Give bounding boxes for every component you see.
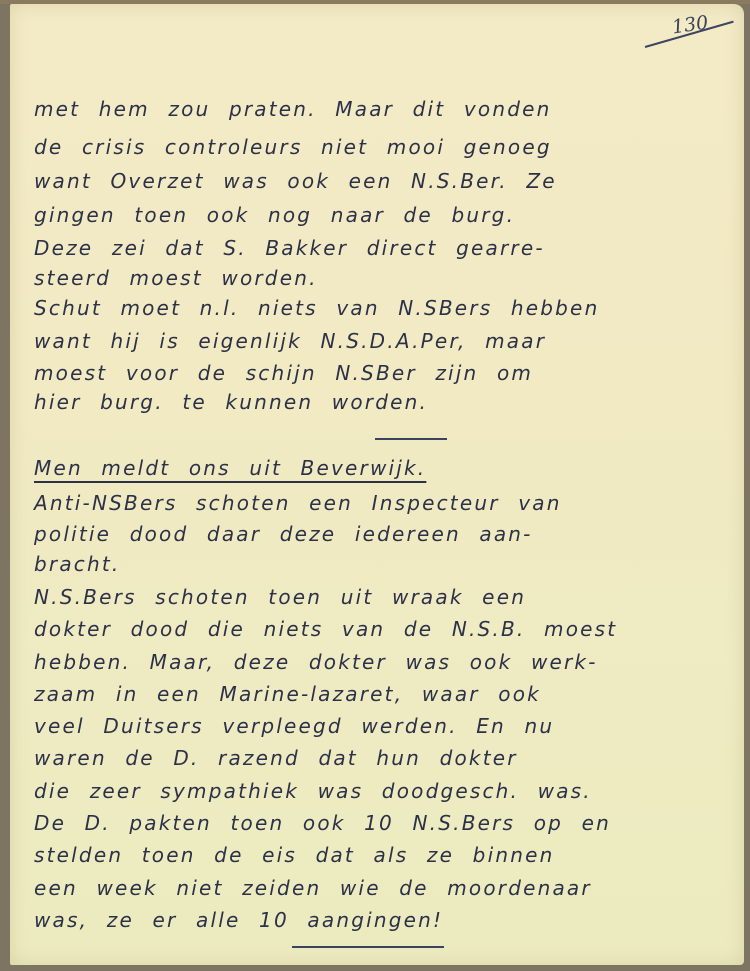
text-line: zaam in een Marine-lazaret, waar ook: [34, 682, 541, 706]
text-line: Schut moet n.l. niets van N.SBers hebben: [34, 296, 599, 320]
text-line: steerd moest worden.: [34, 266, 318, 290]
text-line: een week niet zeiden wie de moordenaar: [34, 876, 592, 900]
text-line: de crisis controleurs niet mooi genoeg: [34, 135, 552, 159]
text-line: Anti-NSBers schoten een Inspecteur van: [34, 491, 562, 515]
text-line: politie dood daar deze iedereen aan-: [34, 522, 533, 546]
text-line: veel Duitsers verpleegd werden. En nu: [34, 714, 554, 738]
text-line: N.S.Bers schoten toen uit wraak een: [34, 585, 526, 609]
text-line: want Overzet was ook een N.S.Ber. Ze: [34, 169, 557, 193]
text-line: was, ze er alle 10 aangingen!: [34, 908, 443, 932]
text-line: met hem zou praten. Maar dit vonden: [34, 97, 552, 121]
section-heading: Men meldt ons uit Beverwijk.: [34, 456, 426, 480]
text-line: gingen toen ook nog naar de burg.: [34, 203, 515, 227]
text-line: waren de D. razend dat hun dokter: [34, 746, 518, 770]
text-line: Deze zei dat S. Bakker direct gearre-: [34, 236, 545, 260]
text-line: dokter dood die niets van de N.S.B. moes…: [34, 617, 617, 641]
text-line: want hij is eigenlijk N.S.D.A.Per, maar: [34, 329, 546, 353]
text-line: die zeer sympathiek was doodgesch. was.: [34, 779, 592, 803]
text-line: hier burg. te kunnen worden.: [34, 390, 428, 414]
text-line: De D. pakten toen ook 10 N.S.Bers op en: [34, 811, 611, 835]
end-divider: [292, 946, 444, 948]
text-line: stelden toen de eis dat als ze binnen: [34, 843, 554, 867]
text-line: hebben. Maar, deze dokter was ook werk-: [34, 650, 598, 674]
section-divider: [375, 438, 447, 440]
text-line: bracht.: [34, 552, 120, 576]
text-line: moest voor de schijn N.SBer zijn om: [34, 361, 533, 385]
